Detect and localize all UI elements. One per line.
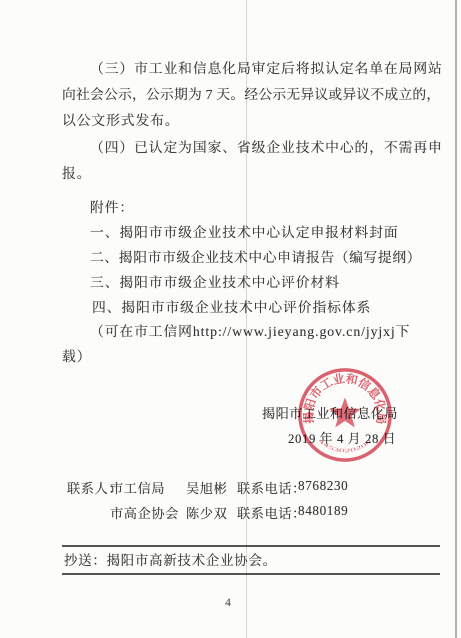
contact-phone-label: 联系电话： (237, 478, 306, 497)
cc-line: 抄送：揭阳市高新技术企业协会。 (64, 550, 277, 569)
body-paragraph-line: （四）已认定为国家、省级企业技术中心的，不需再申 (62, 138, 461, 158)
body-paragraph-line: 向社会公示，公示期为 7 天。经公示无异议或异议不成立的， (62, 85, 434, 105)
scanned-official-document-page: （三）市工业和信息化局审定后将拟认定名单在局网站 向社会公示，公示期为 7 天。… (0, 0, 461, 638)
contact-phone: 8480189 (298, 503, 348, 519)
attachment-note-line: 载） (62, 347, 434, 367)
seal-code: 4453020200 (317, 438, 374, 455)
contact-person: 吴旭彬 (186, 478, 227, 497)
contact-person: 陈少双 (186, 503, 227, 522)
body-paragraph-line: 报。 (62, 164, 434, 184)
attachment-item: 一、揭阳市市级企业技术中心认定申报材料封面 (62, 223, 461, 243)
contact-phone: 8768230 (298, 478, 348, 494)
body-paragraph-line: 以公文形式发布。 (62, 111, 434, 131)
contact-phone-label: 联系电话： (237, 503, 306, 522)
contact-org: 市高企协会 (110, 503, 179, 522)
attachment-item: 四、揭阳市市级企业技术中心评价指标体系 (62, 298, 461, 318)
page-number: 4 (218, 597, 238, 609)
contact-org: 市工信局 (110, 478, 165, 497)
attachment-note-line: （可在市工信网http://www.jieyang.gov.cn/jyjxj下 (62, 322, 461, 342)
body-paragraph-line: （三）市工业和信息化局审定后将拟认定名单在局网站 (62, 59, 461, 79)
attachment-item: 二、揭阳市市级企业技术中心申请报告（编写提纲） (62, 248, 461, 268)
seal-star-icon (329, 397, 361, 427)
official-seal-stamp: 揭阳市工业和信息化局 4453020200 (296, 366, 394, 464)
attachment-item: 三、揭阳市市级企业技术中心评价材料 (62, 273, 461, 293)
colophon-top-rule (62, 545, 440, 547)
colophon-bottom-rule (62, 573, 440, 575)
scan-edge-line (455, 0, 457, 638)
attachments-label: 附件： (62, 198, 461, 218)
